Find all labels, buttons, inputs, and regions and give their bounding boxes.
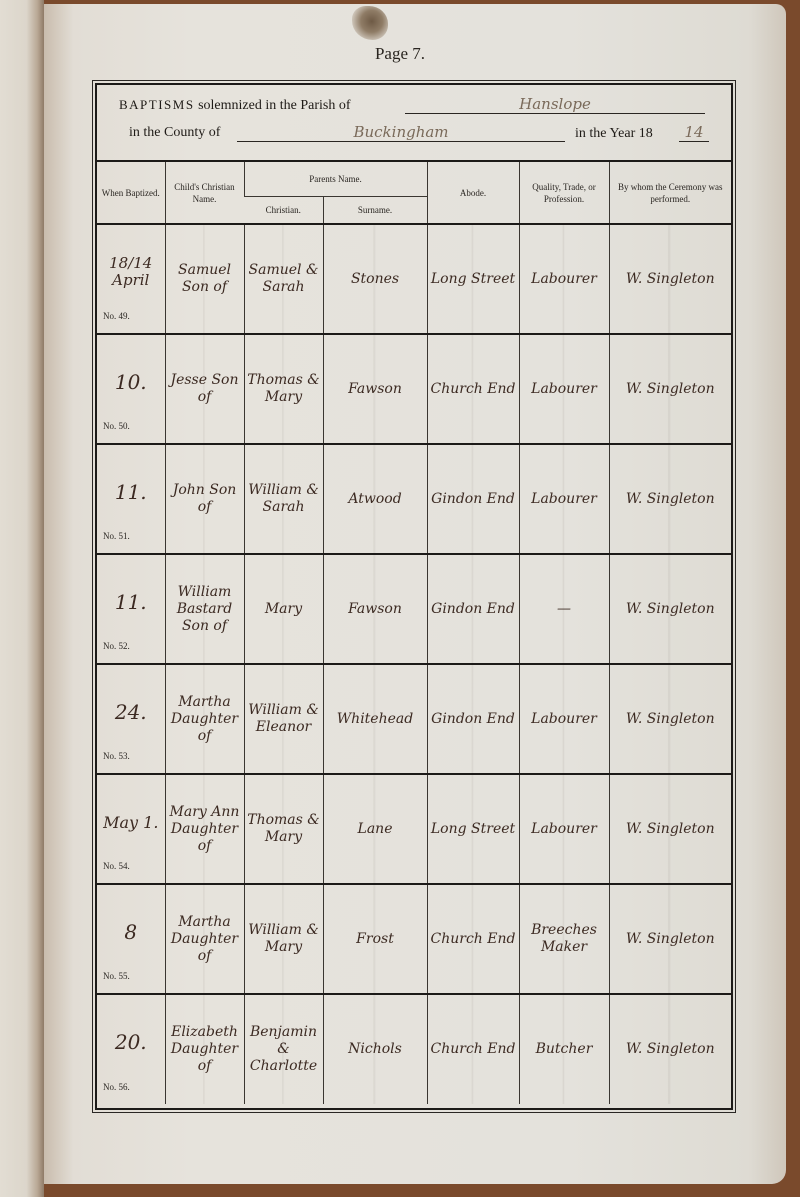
entry-number: No. 55. (103, 968, 130, 985)
table-row: 8No. 55. Martha Daughter of William & Ma… (97, 884, 731, 994)
facing-page-edge (0, 0, 44, 1197)
cell-parents: Thomas & Mary (244, 334, 323, 444)
col-when-baptized: When Baptized. (97, 162, 165, 224)
cell-surname: Whitehead (323, 664, 427, 774)
cell-surname: Fawson (323, 334, 427, 444)
cell-parents: Mary (244, 554, 323, 664)
entry-number: No. 49. (103, 308, 130, 325)
entry-number: No. 52. (103, 638, 130, 655)
cell-by-whom: W. Singleton (609, 884, 731, 994)
cell-parents: William & Mary (244, 884, 323, 994)
year-label: in the Year 18 (575, 126, 653, 142)
cell-trade: Butcher (519, 994, 609, 1104)
cell-parents: Thomas & Mary (244, 774, 323, 884)
cell-date: 11.No. 52. (97, 554, 165, 664)
entry-number: No. 53. (103, 748, 130, 765)
col-quality: Quality, Trade, or Profession. (519, 162, 609, 224)
cell-by-whom: W. Singleton (609, 334, 731, 444)
cell-abode: Gindon End (427, 664, 519, 774)
cell-abode: Church End (427, 884, 519, 994)
title-caps: BAPTISMS (119, 97, 195, 112)
title-line-parish: BAPTISMS solemnized in the Parish of (119, 97, 351, 114)
cell-child: Jesse Son of (165, 334, 244, 444)
cell-abode: Church End (427, 994, 519, 1104)
cell-parents: Samuel & Sarah (244, 224, 323, 334)
cell-child: William Bastard Son of (165, 554, 244, 664)
county-field: Buckingham (237, 123, 565, 142)
col-parents-christian: Christian. (244, 197, 323, 225)
cell-abode: Gindon End (427, 444, 519, 554)
cell-date: 20.No. 56. (97, 994, 165, 1104)
cell-trade: — (519, 554, 609, 664)
cell-date: May 1.No. 54. (97, 774, 165, 884)
cell-by-whom: W. Singleton (609, 444, 731, 554)
cell-parents: William & Eleanor (244, 664, 323, 774)
table-row: 18/14 AprilNo. 49. Samuel Son of Samuel … (97, 224, 731, 334)
cell-abode: Gindon End (427, 554, 519, 664)
year-field: 14 (679, 123, 709, 142)
entry-number: No. 50. (103, 418, 130, 435)
cell-trade: Labourer (519, 664, 609, 774)
col-parents-name: Parents Name. (244, 162, 427, 197)
entry-number: No. 54. (103, 858, 130, 875)
table-row: 11.No. 51. John Son of William & Sarah A… (97, 444, 731, 554)
cell-trade: Labourer (519, 774, 609, 884)
cell-by-whom: W. Singleton (609, 224, 731, 334)
cell-child: Mary Ann Daughter of (165, 774, 244, 884)
cell-by-whom: W. Singleton (609, 554, 731, 664)
cell-child: John Son of (165, 444, 244, 554)
county-label: in the County of (129, 125, 220, 140)
cell-child: Martha Daughter of (165, 664, 244, 774)
year-prefix: in the Year 18 (575, 126, 653, 141)
cell-surname: Lane (323, 774, 427, 884)
page-number: Page 7. (0, 44, 800, 64)
entry-number: No. 56. (103, 1079, 130, 1096)
cell-child: Samuel Son of (165, 224, 244, 334)
col-childs-name: Child's Christian Name. (165, 162, 244, 224)
entry-number: No. 51. (103, 528, 130, 545)
entries-table: When Baptized. Child's Christian Name. P… (97, 162, 731, 1104)
table-row: 10.No. 50. Jesse Son of Thomas & Mary Fa… (97, 334, 731, 444)
cell-trade: Labourer (519, 334, 609, 444)
col-abode: Abode. (427, 162, 519, 224)
table-row: 11.No. 52. William Bastard Son of Mary F… (97, 554, 731, 664)
cell-by-whom: W. Singleton (609, 774, 731, 884)
table-row: May 1.No. 54. Mary Ann Daughter of Thoma… (97, 774, 731, 884)
cell-abode: Long Street (427, 224, 519, 334)
parish-field: Hanslope (405, 95, 705, 114)
title-line-county: in the County of (129, 125, 220, 141)
cell-child: Martha Daughter of (165, 884, 244, 994)
col-parents-surname: Surname. (323, 197, 427, 225)
cell-surname: Fawson (323, 554, 427, 664)
cell-date: 10.No. 50. (97, 334, 165, 444)
table-row: 20.No. 56. Elizabeth Daughter of Benjami… (97, 994, 731, 1104)
cell-surname: Stones (323, 224, 427, 334)
cell-parents: Benjamin & Charlotte (244, 994, 323, 1104)
title-text: solemnized in the Parish of (198, 98, 350, 113)
cell-by-whom: W. Singleton (609, 994, 731, 1104)
cell-date: 24.No. 53. (97, 664, 165, 774)
cell-date: 18/14 AprilNo. 49. (97, 224, 165, 334)
col-by-whom: By whom the Ceremony was performed. (609, 162, 731, 224)
cell-child: Elizabeth Daughter of (165, 994, 244, 1104)
register-title-block: BAPTISMS solemnized in the Parish of Han… (97, 85, 731, 162)
cell-abode: Church End (427, 334, 519, 444)
cell-date: 8No. 55. (97, 884, 165, 994)
cell-surname: Atwood (323, 444, 427, 554)
baptism-register: BAPTISMS solemnized in the Parish of Han… (95, 83, 733, 1110)
table-row: 24.No. 53. Martha Daughter of William & … (97, 664, 731, 774)
paper-stain (352, 6, 388, 40)
cell-parents: William & Sarah (244, 444, 323, 554)
cell-abode: Long Street (427, 774, 519, 884)
cell-surname: Nichols (323, 994, 427, 1104)
cell-date: 11.No. 51. (97, 444, 165, 554)
cell-surname: Frost (323, 884, 427, 994)
cell-trade: Labourer (519, 444, 609, 554)
cell-by-whom: W. Singleton (609, 664, 731, 774)
cell-trade: Breeches Maker (519, 884, 609, 994)
cell-trade: Labourer (519, 224, 609, 334)
